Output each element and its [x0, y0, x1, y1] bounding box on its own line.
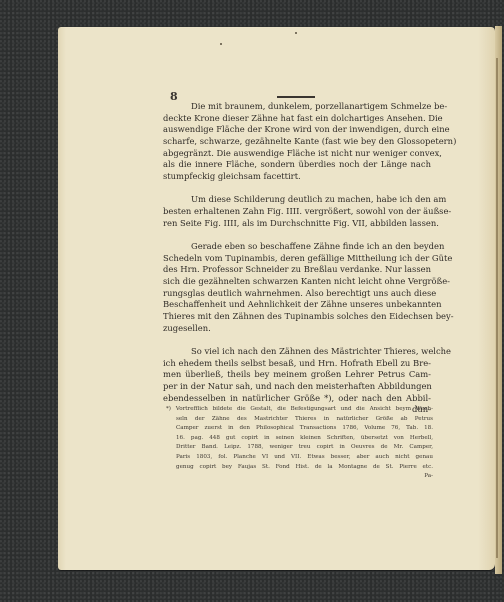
- header-rule: [277, 96, 315, 98]
- text-line: ich ehedem theils selbst besaß, und Hrn.…: [163, 358, 431, 370]
- text-line: ebendesselben in natürlicher Größe *), o…: [163, 393, 431, 405]
- text-line: besten erhaltenen Zahn Fig. IIII. vergrö…: [163, 206, 431, 218]
- text-line: So viel ich nach den Zähnen des Mästrich…: [163, 346, 431, 358]
- text-line: Die mit braunem, dunkelem, porzellanarti…: [163, 101, 431, 113]
- footnote-line: Paris 1803, fol. Planche VI und VII. Etw…: [176, 453, 433, 463]
- text-line: per in der Natur sah, und nach den meist…: [163, 381, 431, 393]
- text-line: ren Seite Fig. IIII, als im Durchschnitt…: [163, 218, 431, 230]
- text-line: men überließ, theils bey meinem großen L…: [163, 369, 431, 381]
- text-line: Schedeln vom Tupinambis, deren gefällige…: [163, 253, 431, 265]
- page-edge-shadow: [496, 58, 498, 558]
- text-line: zugesellen.: [163, 323, 431, 335]
- footnote-line: genug copirt bey Faujas St. Fond Hist. d…: [176, 463, 433, 473]
- text-line: deckte Krone dieser Zähne hat fast ein d…: [163, 113, 431, 125]
- footnote-line: Dritter Band. Leipz. 1788, weniger treu …: [176, 443, 433, 453]
- text-line: des Hrn. Professor Schneider zu Breßlau …: [163, 264, 431, 276]
- text-line: abgegränzt. Die auswendige Fläche ist ni…: [163, 148, 431, 160]
- footnote-line: 16. pag. 448 gut copirt in seinen kleine…: [176, 434, 433, 444]
- paper-speck: [220, 43, 222, 45]
- text-line: Beschaffenheit und Aehnlichkeit der Zähn…: [163, 299, 431, 311]
- text-line: als die innere Fläche, sondern überdies …: [163, 159, 431, 171]
- text-line: Gerade eben so beschaffene Zähne finde i…: [163, 241, 431, 253]
- text-line: rungsglas deutlich wahrnehmen. Also bere…: [163, 288, 431, 300]
- text-line: stumpfeckig gleichsam facettirt.: [163, 171, 431, 183]
- text-line: sich die gezähnelten schwarzen Kanten ni…: [163, 276, 431, 288]
- footnote-line: *) Vortrefflich bildete die Gestalt, die…: [166, 405, 433, 415]
- text-line: Um diese Schilderung deutlich zu machen,…: [163, 194, 431, 206]
- footnote: *) Vortrefflich bildete die Gestalt, die…: [176, 405, 433, 482]
- body-text: Die mit braunem, dunkelem, porzellanarti…: [163, 101, 431, 416]
- paragraph-2: Um diese Schilderung deutlich zu machen,…: [163, 194, 431, 229]
- text-line: Thieres mit den Zähnen des Tupinambis so…: [163, 311, 431, 323]
- footnote-line: Camper zuerst in den Philosophical Trans…: [176, 424, 433, 434]
- text-line: scharfe, schwarze, gezähnelte Kante (fas…: [163, 136, 431, 148]
- paper-speck: [295, 32, 297, 34]
- footnote-catchword: Pa-: [176, 472, 433, 482]
- text-line: auswendige Fläche der Krone wird von der…: [163, 124, 431, 136]
- paragraph-1: Die mit braunem, dunkelem, porzellanarti…: [163, 101, 431, 183]
- footnote-line: seln der Zähne des Mastrichter Thieres i…: [176, 415, 433, 425]
- paragraph-3: Gerade eben so beschaffene Zähne finde i…: [163, 241, 431, 335]
